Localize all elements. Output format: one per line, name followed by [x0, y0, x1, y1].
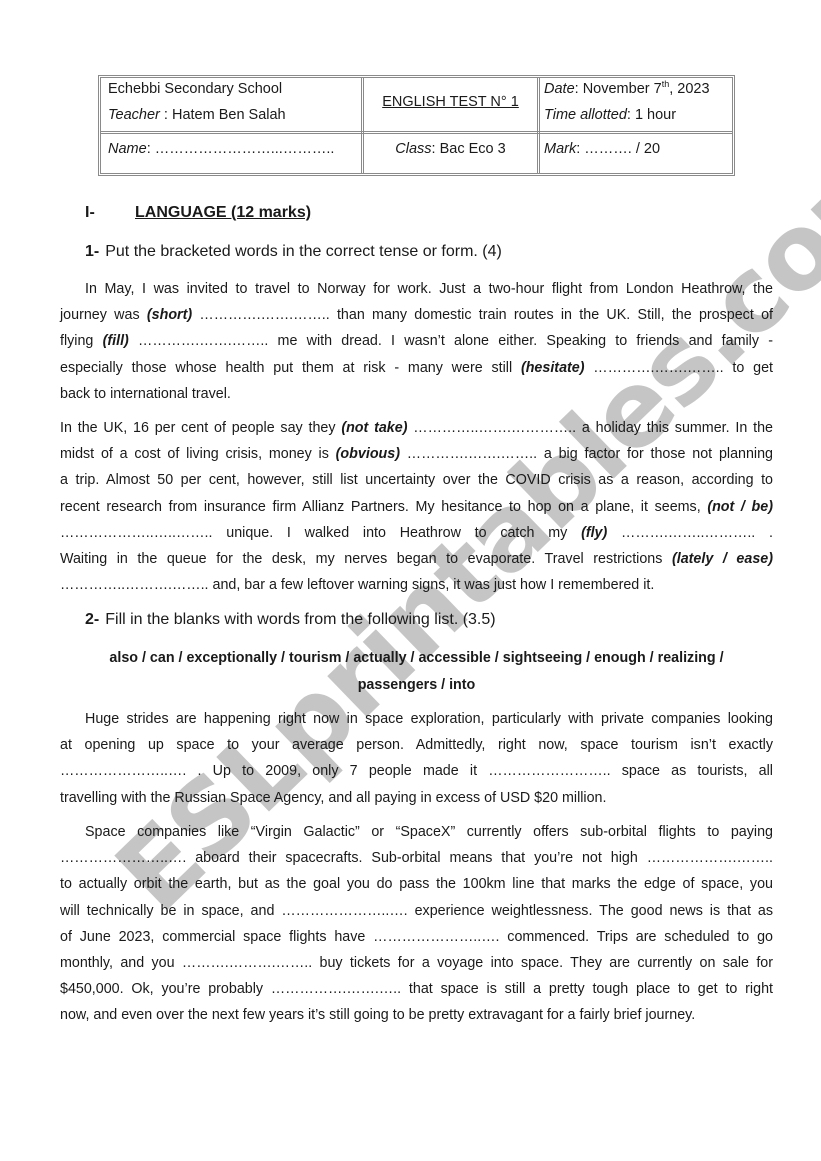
text-run: ………………..…..…….. unique. I walked into He…: [60, 525, 581, 541]
text-run: back to international travel.: [60, 386, 231, 402]
text-line: monthly, and you ……….……….…….. buy ticket…: [60, 950, 773, 976]
task2-paragraph-2: Space companies like “Virgin Galactic” o…: [60, 819, 773, 1029]
bracketed-word: (short): [147, 307, 192, 323]
mark-label: Mark: [544, 141, 576, 157]
teacher-name: Hatem Ben Salah: [172, 107, 286, 123]
text-run: ……….……..……….. .: [607, 525, 773, 541]
text-run: monthly, and you ……….……….…….. buy ticket…: [60, 955, 773, 971]
task2-paragraph-1: Huge strides are happening right now in …: [60, 706, 773, 811]
teacher-field: Teacher : Hatem Ben Salah: [108, 102, 286, 128]
word-list-line: passengers / into: [60, 672, 773, 699]
task2-instruction: 2-Fill in the blanks with words from the…: [85, 611, 496, 629]
text-run: to actually orbit the earth, but as the …: [60, 876, 773, 892]
task1-number: 1-: [85, 243, 99, 260]
bracketed-word: (hesitate): [521, 360, 585, 376]
text-line: midst of a cost of living crisis, money …: [60, 441, 773, 467]
text-run: travelling with the Russian Space Agency…: [60, 790, 607, 806]
text-run: will technically be in space, and …………………: [60, 903, 773, 919]
text-run: ………….…….…….. a big factor for those not …: [400, 446, 773, 462]
text-run: a trip. Almost 50 per cent, however, sti…: [60, 472, 773, 488]
name-label: Name: [108, 141, 147, 157]
bracketed-word: (lately / ease): [672, 551, 773, 567]
text-line: of June 2023, commercial space flights h…: [60, 924, 773, 950]
text-line: now, and even over the next few years it…: [60, 1002, 773, 1028]
header-table: Echebbi Secondary School Teacher : Hatem…: [98, 75, 735, 176]
text-line: …………………..…. aboard their spacecrafts. Su…: [60, 845, 773, 871]
text-line: recent research from insurance firm Alli…: [60, 494, 773, 520]
text-line: …………………..…. . Up to 2009, only 7 people …: [60, 758, 773, 784]
section-number: I-: [85, 204, 95, 222]
bracketed-word: (not / be): [707, 499, 773, 515]
text-run: ………….…….…….. to get: [585, 360, 774, 376]
text-run: …………………..…. aboard their spacecrafts. Su…: [60, 850, 773, 866]
text-run: flying: [60, 333, 103, 349]
text-line: at opening up space to your average pers…: [60, 732, 773, 758]
text-line: journey was (short) ………….…….…….. than ma…: [60, 302, 773, 328]
word-list: also / can / exceptionally / tourism / a…: [60, 645, 773, 699]
text-run: of June 2023, commercial space flights h…: [60, 929, 773, 945]
text-run: midst of a cost of living crisis, money …: [60, 446, 336, 462]
test-title: ENGLISH TEST N° 1: [364, 89, 537, 115]
text-line: travelling with the Russian Space Agency…: [60, 785, 773, 811]
bracketed-word: (fill): [103, 333, 129, 349]
school-name: Echebbi Secondary School: [108, 76, 282, 102]
task1-paragraph-1: In May, I was invited to travel to Norwa…: [60, 276, 773, 407]
bracketed-word: (not take): [341, 420, 407, 436]
text-line: Waiting in the queue for the desk, my ne…: [60, 546, 773, 572]
text-run: In the UK, 16 per cent of people say the…: [60, 420, 341, 436]
class-field: Class: Bac Eco 3: [364, 136, 537, 162]
bracketed-word: (fly): [581, 525, 607, 541]
text-run: $450,000. Ok, you’re probably …………….…….……: [60, 981, 773, 997]
task2-number: 2-: [85, 611, 99, 628]
table-divider: [537, 78, 540, 173]
text-run: now, and even over the next few years it…: [60, 1007, 695, 1023]
text-line: back to international travel.: [60, 381, 773, 407]
text-run: …………..…….………….. a holiday this summer. I…: [407, 420, 773, 436]
text-run: …………………..…. . Up to 2009, only 7 people …: [60, 763, 773, 779]
text-line: $450,000. Ok, you’re probably …………….…….……: [60, 976, 773, 1002]
time-allotted-field: Time allotted: 1 hour: [544, 102, 676, 128]
name-field[interactable]: Name: ……………………...………..: [108, 136, 334, 162]
text-line: …………..……….…….. and, bar a few leftover w…: [60, 572, 773, 598]
text-run: Space companies like “Virgin Galactic” o…: [85, 824, 773, 840]
text-run: journey was: [60, 307, 147, 323]
section-title: LANGUAGE (12 marks): [135, 204, 311, 222]
table-divider: [101, 131, 732, 134]
text-run: ………….…….…….. than many domestic train ro…: [192, 307, 773, 323]
class-label: Class: [395, 141, 431, 157]
text-line: ………………..…..…….. unique. I walked into He…: [60, 520, 773, 546]
date-field: Date: November 7th, 2023: [544, 76, 710, 102]
bracketed-word: (obvious): [336, 446, 400, 462]
word-list-line: also / can / exceptionally / tourism / a…: [60, 645, 773, 672]
text-line: a trip. Almost 50 per cent, however, sti…: [60, 467, 773, 493]
text-line: Huge strides are happening right now in …: [60, 706, 773, 732]
task1-paragraph-2: In the UK, 16 per cent of people say the…: [60, 415, 773, 598]
text-line: to actually orbit the earth, but as the …: [60, 871, 773, 897]
text-run: …………..……….…….. and, bar a few leftover w…: [60, 577, 654, 593]
text-line: will technically be in space, and …………………: [60, 898, 773, 924]
text-run: ………….…….…….. me with dread. I wasn’t alo…: [129, 333, 773, 349]
text-run: recent research from insurance firm Alli…: [60, 499, 707, 515]
text-line: especially those whose health put them a…: [60, 355, 773, 381]
text-run: Waiting in the queue for the desk, my ne…: [60, 551, 672, 567]
task1-instruction: 1-Put the bracketed words in the correct…: [85, 243, 502, 261]
text-run: In May, I was invited to travel to Norwa…: [85, 281, 773, 297]
text-line: In the UK, 16 per cent of people say the…: [60, 415, 773, 441]
time-label: Time allotted: [544, 107, 627, 123]
text-run: especially those whose health put them a…: [60, 360, 521, 376]
text-line: In May, I was invited to travel to Norwa…: [60, 276, 773, 302]
mark-field: Mark: ………. / 20: [544, 136, 660, 162]
date-label: Date: [544, 81, 575, 97]
text-run: Huge strides are happening right now in …: [85, 711, 773, 727]
text-run: at opening up space to your average pers…: [60, 737, 773, 753]
text-line: Space companies like “Virgin Galactic” o…: [60, 819, 773, 845]
text-line: flying (fill) ………….…….…….. me with dread…: [60, 328, 773, 354]
teacher-label: Teacher: [108, 107, 160, 123]
